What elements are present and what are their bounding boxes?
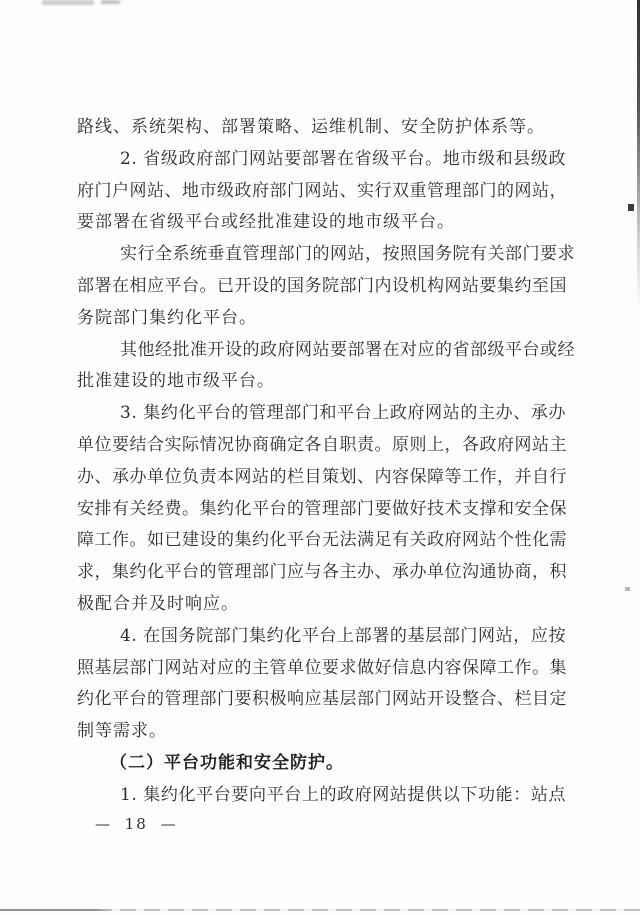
document-page: 路线、系统架构、部署策略、运维机制、安全防护体系等。 2. 省级政府部门网站要部… xyxy=(0,0,640,915)
text-line: 实行全系统垂直管理部门的网站，按照国务院有关部门要求 xyxy=(77,239,566,271)
document-body: 路线、系统架构、部署策略、运维机制、安全防护体系等。 2. 省级政府部门网站要部… xyxy=(77,112,566,812)
text-line: 部署在相应平台。已开设的国务院部门内设机构网站要集约至国 xyxy=(77,271,566,303)
text-line: 障工作。如已建设的集约化平台无法满足有关政府网站个性化需 xyxy=(77,525,566,557)
scan-smudge-top-left xyxy=(42,0,94,5)
text-line: 安排有关经费。集约化平台的管理部门要做好技术支撑和安全保 xyxy=(77,494,566,526)
text-line: 约化平台的管理部门要积极响应基层部门网站开设整合、栏目定 xyxy=(77,684,566,716)
text-line: 2. 省级政府部门网站要部署在省级平台。地市级和县级政 xyxy=(77,144,566,176)
text-line: 3. 集约化平台的管理部门和平台上政府网站的主办、承办 xyxy=(77,398,566,430)
text-line: 4. 在国务院部门集约化平台上部署的基层部门网站，应按 xyxy=(77,621,566,653)
text-line: 照基层部门网站对应的主管单位要求做好信息内容保障工作。集 xyxy=(77,653,566,685)
text-line: 务院部门集约化平台。 xyxy=(77,303,566,335)
scan-edge-bottom xyxy=(0,909,640,911)
text-line: 求，集约化平台的管理部门应与各主办、承办单位沟通协商，积 xyxy=(77,557,566,589)
scan-edge-right-speck xyxy=(625,587,630,591)
text-line: 批准建设的地市级平台。 xyxy=(77,366,566,398)
text-line: 府门户网站、地市级政府部门网站、实行双重管理部门的网站， xyxy=(77,176,566,208)
scan-smudge-top-left-2 xyxy=(101,0,120,4)
text-line: 要部署在省级平台或经批准建设的地市级平台。 xyxy=(77,207,566,239)
text-line: 路线、系统架构、部署策略、运维机制、安全防护体系等。 xyxy=(77,112,566,144)
section-heading: （二）平台功能和安全防护。 xyxy=(77,748,566,780)
text-line: 极配合并及时响应。 xyxy=(77,589,566,621)
text-line: 1. 集约化平台要向平台上的政府网站提供以下功能：站点 xyxy=(77,780,566,812)
text-line: 制等需求。 xyxy=(77,716,566,748)
text-line: 办、承办单位负责本网站的栏目策划、内容保障等工作，并自行 xyxy=(77,462,566,494)
page-number: — 18 — xyxy=(95,812,178,836)
text-line: 其他经批准开设的政府网站要部署在对应的省部级平台或经 xyxy=(77,335,566,367)
text-line: 单位要结合实际情况协商确定各自职责。原则上，各政府网站主 xyxy=(77,430,566,462)
scan-edge-right-dot xyxy=(628,204,634,211)
